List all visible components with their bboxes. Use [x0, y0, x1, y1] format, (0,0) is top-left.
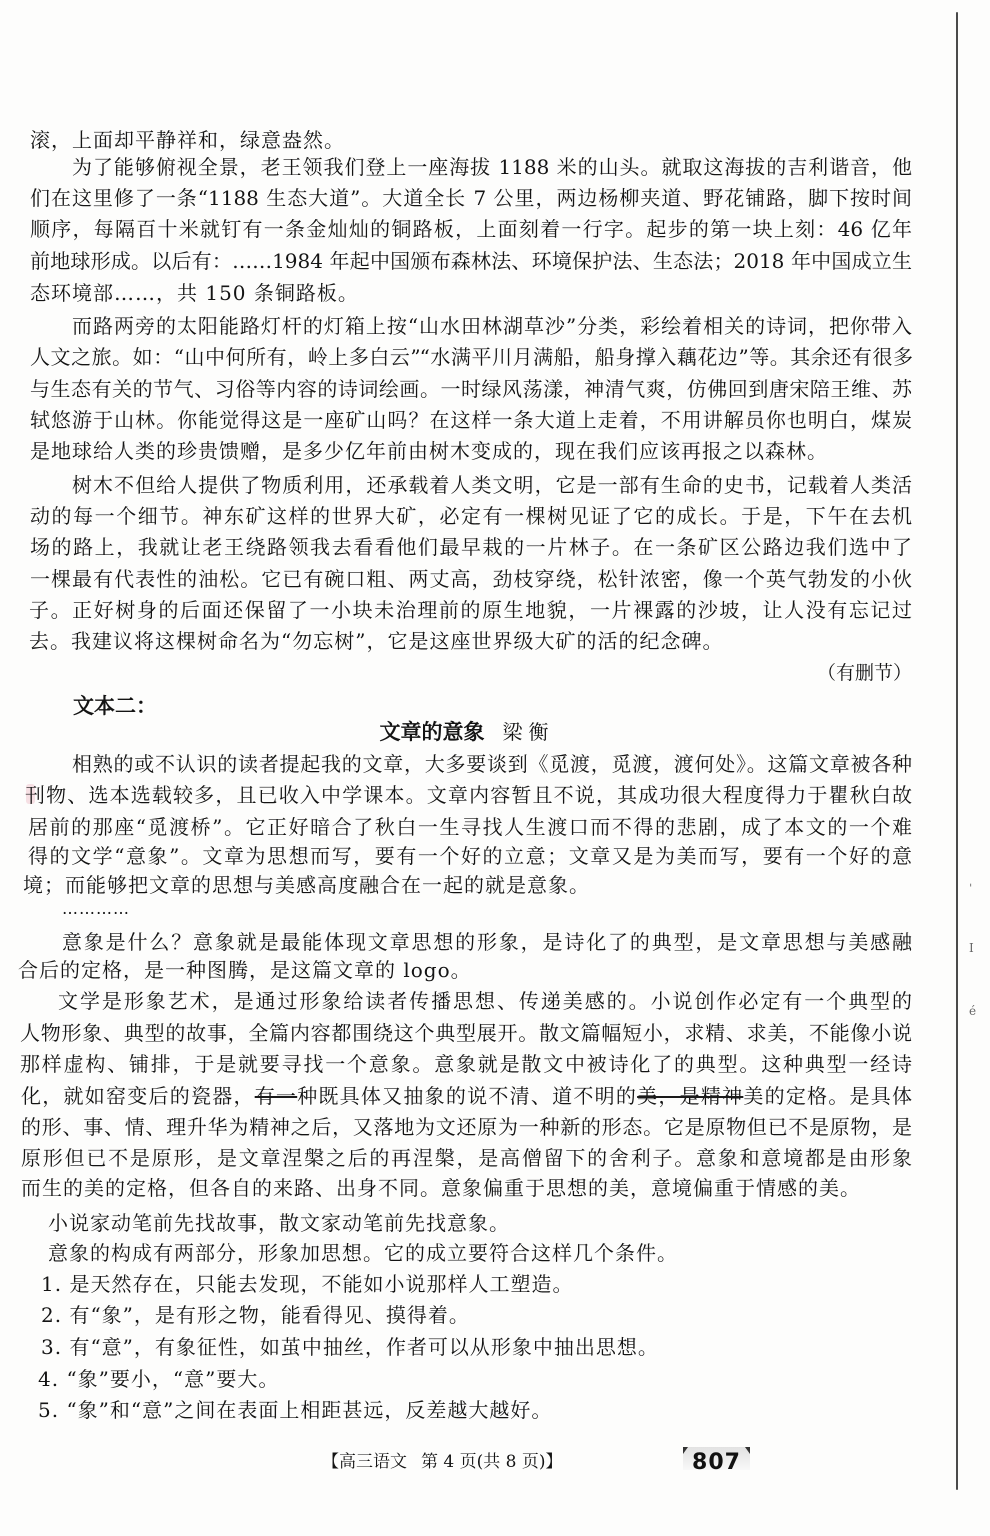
text-line: 轼悠游于山林。你能觉得这是一座矿山吗？在这样一条大道上走着，不用讲解员你也明白，…	[30, 407, 912, 433]
footer-subject: 【高三语文	[322, 1452, 407, 1472]
section-label: 文本二：	[73, 693, 157, 719]
text-line-with-pen-marks: 化，就如窑变后的瓷器，有一种既具体又抽象的说不清、道不明的美，是精神美的定格。是…	[21, 1083, 912, 1109]
text-line: 们在这里修了一条“1188 生态大道”。大道全长 7 公里，两边杨柳夹道、野花铺…	[30, 185, 912, 211]
text-line: 场的路上，我就让老王绕路领我去看看他们最早栽的一片林子。在一条矿区公路边我们选中…	[30, 534, 912, 560]
list-item: 4. “象”要小，“意”要大。	[38, 1366, 279, 1392]
text-line: 相熟的或不认识的读者提起我的文章，大多要谈到《觅渡，觅渡，渡何处》。这篇文章被各…	[72, 751, 912, 777]
text-line: 为了能够俯视全景，老王领我们登上一座海拔 1188 米的山头。就取这海拔的吉利谐…	[72, 154, 912, 180]
text-line: 人文之旅。如：“山中何所有，岭上多白云”“水满平川月满船，船身撑入藕花边”等。其…	[30, 344, 912, 370]
text-line: 而路两旁的太阳能路灯杆的灯箱上按“山水田林湖草沙”分类，彩绘着相关的诗词，把你带…	[72, 313, 912, 339]
text-line: 一棵最有代表性的油松。它已有碗口粗、两丈高，劲枝穿绕，松针浓密，像一个英气勃发的…	[30, 566, 912, 592]
text-line: 那样虚构、铺排，于是就要寻找一个意象。意象就是散文中被诗化了的典型。这种典型一经…	[20, 1051, 912, 1077]
footer-page-number: 第 4 页(共 8 页)】	[421, 1452, 563, 1472]
exam-code: 807	[683, 1451, 750, 1470]
text-line: 顺序，每隔百十米就钉有一条金灿灿的铜路板，上面刻着一行字。起步的第一块上刻：46…	[30, 216, 912, 242]
article-author: 梁衡	[503, 720, 555, 744]
exam-code-badge: 807	[683, 1447, 750, 1470]
text-line: 前地球形成。以后有：……1984 年起中国颁布森林法、环境保护法、生态法；201…	[30, 248, 912, 274]
list-item: 2. 有“象”，是有形之物，能看得见、摸得着。	[41, 1302, 470, 1328]
list-item: 5. “象”和“意”之间在表面上相距甚远，反差越大越好。	[38, 1397, 552, 1423]
text-line: 居前的那座“觅渡桥”。它正好暗合了秋白一生寻找人生渡口而不得的悲剧，成了本文的一…	[28, 814, 912, 840]
text-line: 人物形象、典型的故事，全篇内容都围绕这个典型展开。散文篇幅短小，求精、求美，不能…	[20, 1020, 912, 1046]
text-line: 意象是什么？意象就是最能体现文章思想的形象，是诗化了的典型，是文章思想与美感融	[62, 929, 912, 955]
text-line: 合后的定格，是一种图腾，是这篇文章的 logo。	[18, 957, 472, 983]
text-segment: 种既具体又抽象的说不清、道不明的	[297, 1084, 637, 1108]
page-footer: 【高三语文第 4 页(共 8 页)】	[322, 1449, 563, 1475]
text-line: 与生态有关的节气、习俗等内容的诗词绘画。一时绿风荡漾，神清气爽，仿佛回到唐宋陪王…	[30, 376, 912, 402]
text-segment: 化，就如窑变后的瓷器，	[21, 1084, 255, 1108]
text-line: 刊物、选本选载较多，且已收入中学课本。文章内容暂且不说，其成功很大程度得力于瞿秋…	[25, 782, 912, 808]
bleed-through-mark: I	[969, 941, 974, 955]
corner-mark-icon	[683, 1447, 688, 1454]
text-line: 得的文学“意象”。文章为思想而写，要有一个好的立意；文章又是为美而写，要有一个好…	[28, 843, 912, 869]
abridged-note: （有删节）	[762, 660, 912, 686]
article-title: 文章的意象	[380, 720, 485, 744]
text-line: 是地球给人类的珍贵馈赠，是多少亿年前由树木变成的，现在我们应该再报之以森林。	[30, 438, 828, 464]
text-line: 去。我建议将这棵树命名为“勿忘树”，它是这座世界级大矿的活的纪念碑。	[29, 628, 723, 654]
text-line: 意象的构成有两部分，形象加思想。它的成立要符合这样几个条件。	[48, 1240, 678, 1266]
pen-strikethrough: 美，是精神	[637, 1084, 743, 1108]
text-line: 滚，上面却平静祥和，绿意盎然。	[30, 127, 345, 153]
text-line: 原形但已不是原形，是文章涅槃之后的再涅槃，是高僧留下的舍利子。意象和意境都是由形…	[21, 1145, 912, 1171]
text-line: 子。正好树身的后面还保留了一小块未治理前的原生地貌，一片裸露的沙坡，让人没有忘记…	[29, 597, 912, 623]
corner-mark-icon	[745, 1447, 750, 1454]
text-line: 小说家动笔前先找故事，散文家动笔前先找意象。	[48, 1210, 510, 1236]
bleed-through-mark: é	[969, 1004, 976, 1018]
text-line: 文学是形象艺术，是通过形象给读者传播思想、传递美感的。小说创作必定有一个典型的	[58, 988, 912, 1014]
text-segment: 美的定格。是具体	[743, 1084, 912, 1108]
pen-strikethrough: 有一	[255, 1084, 298, 1108]
text-line: 树木不但给人提供了物质利用，还承载着人类文明，它是一部有生命的史书，记载着人类活	[72, 472, 912, 498]
list-item: 3. 有“意”，有象征性，如茧中抽丝，作者可以从形象中抽出思想。	[41, 1334, 659, 1360]
text-line: 动的每一个细节。神东矿这样的世界大矿，必定有一棵树见证了它的成长。于是，下午在去…	[30, 503, 912, 529]
text-line: 的形、事、情、理升华为精神之后，又落地为文还原为一种新的形态。它是原物但已不是原…	[21, 1114, 912, 1140]
bleed-through-mark: ˌ	[969, 874, 972, 888]
page-border-rule	[956, 12, 958, 1490]
text-line: 态环境部……，共 150 条铜路板。	[30, 280, 359, 306]
text-line: 而生的美的定格，但各自的来路、出身不同。意象偏重于思想的美，意境偏重于情感的美。	[21, 1175, 861, 1201]
text-line: 境；而能够把文章的思想与美感高度融合在一起的就是意象。	[23, 872, 590, 898]
list-item: 1. 是天然存在，只能去发现，不能如小说那样人工塑造。	[41, 1271, 573, 1297]
article-heading: 文章的意象梁衡	[22, 719, 912, 745]
omission-marker: …………	[62, 896, 130, 922]
